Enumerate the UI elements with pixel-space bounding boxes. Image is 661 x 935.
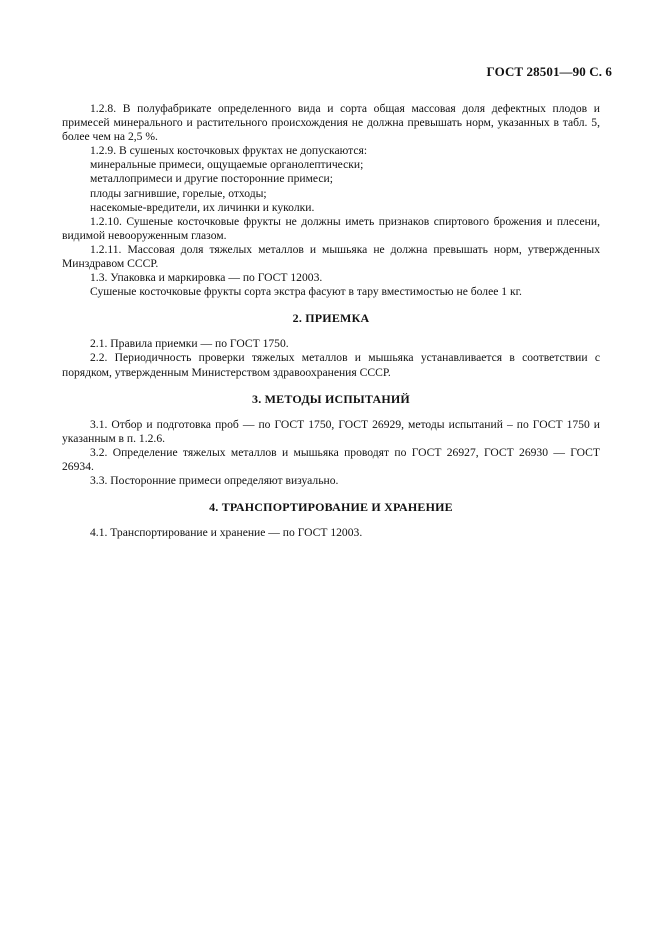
list-item: плоды загнившие, горелые, отходы; bbox=[62, 187, 600, 201]
document-body: 1.2.8. В полуфабрикате определенного вид… bbox=[62, 102, 600, 540]
list-item: минеральные примеси, ощущаемые органолеп… bbox=[62, 158, 600, 172]
paragraph-1-3: 1.3. Упаковка и маркировка — по ГОСТ 120… bbox=[62, 271, 600, 285]
paragraph-3-2: 3.2. Определение тяжелых металлов и мышь… bbox=[62, 446, 600, 474]
paragraph-2-1: 2.1. Правила приемки — по ГОСТ 1750. bbox=[62, 337, 600, 351]
paragraph-1-2-10: 1.2.10. Сушеные косточковые фрукты не до… bbox=[62, 215, 600, 243]
section-heading-transport-storage: 4. ТРАНСПОРТИРОВАНИЕ И ХРАНЕНИЕ bbox=[62, 500, 600, 514]
paragraph-3-3: 3.3. Посторонние примеси определяют визу… bbox=[62, 474, 600, 488]
paragraph-1-2-11: 1.2.11. Массовая доля тяжелых металлов и… bbox=[62, 243, 600, 271]
list-item: металлопримеси и другие посторонние прим… bbox=[62, 172, 600, 186]
section-heading-acceptance: 2. ПРИЕМКА bbox=[62, 311, 600, 325]
paragraph-2-2: 2.2. Периодичность проверки тяжелых мета… bbox=[62, 351, 600, 379]
paragraph-1-2-9: 1.2.9. В сушеных косточковых фруктах не … bbox=[62, 144, 600, 158]
paragraph-3-1: 3.1. Отбор и подготовка проб — по ГОСТ 1… bbox=[62, 418, 600, 446]
list-item: насекомые-вредители, их личинки и куколк… bbox=[62, 201, 600, 215]
paragraph-packaging: Сушеные косточковые фрукты сорта экстра … bbox=[62, 285, 600, 299]
paragraph-4-1: 4.1. Транспортирование и хранение — по Г… bbox=[62, 526, 600, 540]
paragraph-1-2-8: 1.2.8. В полуфабрикате определенного вид… bbox=[62, 102, 600, 144]
section-heading-test-methods: 3. МЕТОДЫ ИСПЫТАНИЙ bbox=[62, 392, 600, 406]
running-header: ГОСТ 28501—90 С. 6 bbox=[487, 64, 612, 80]
